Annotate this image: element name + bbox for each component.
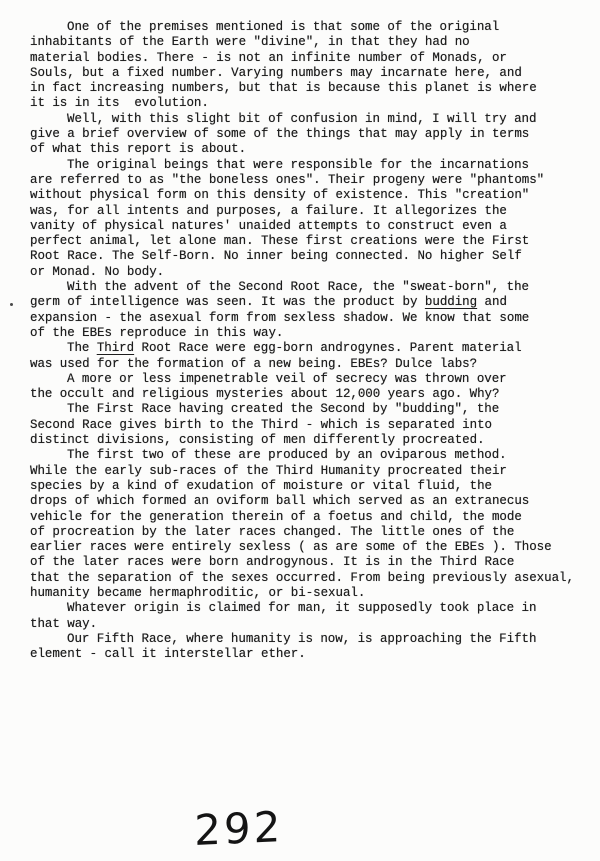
text-line: humanity became hermaphroditic, or bi-se…	[30, 586, 592, 601]
text-line: Our Fifth Race, where humanity is now, i…	[30, 632, 592, 647]
text-line: germ of intelligence was seen. It was th…	[30, 295, 592, 310]
paragraph: With the advent of the Second Root Race,…	[30, 280, 592, 341]
scanned-page: One of the premises mentioned is that so…	[0, 0, 600, 861]
text-line: While the early sub-races of the Third H…	[30, 464, 592, 479]
text-line: The First Race having created the Second…	[30, 402, 592, 417]
paragraph: Well, with this slight bit of confusion …	[30, 112, 592, 158]
text-line: was, for all intents and purposes, a fai…	[30, 204, 592, 219]
text-line: was used for the formation of a new bein…	[30, 357, 592, 372]
text-line: One of the premises mentioned is that so…	[30, 20, 592, 35]
text-line: A more or less impenetrable veil of secr…	[30, 372, 592, 387]
text-line: it is in its evolution.	[30, 96, 592, 111]
text-line: that way.	[30, 617, 592, 632]
text-line: Whatever origin is claimed for man, it s…	[30, 601, 592, 616]
text-line: in fact increasing numbers, but that is …	[30, 81, 592, 96]
handwritten-page-number: 292	[194, 802, 284, 855]
paragraph: The Third Root Race were egg-born androg…	[30, 341, 592, 372]
text-line: Second Race gives birth to the Third - w…	[30, 418, 592, 433]
paragraph: The original beings that were responsibl…	[30, 158, 592, 280]
text-line: distinct divisions, consisting of men di…	[30, 433, 592, 448]
text-line: The original beings that were responsibl…	[30, 158, 592, 173]
text-line: give a brief overview of some of the thi…	[30, 127, 592, 142]
text-line: inhabitants of the Earth were "divine", …	[30, 35, 592, 50]
paragraph: Whatever origin is claimed for man, it s…	[30, 601, 592, 632]
text-line: of what this report is about.	[30, 142, 592, 157]
text-line: of procreation by the later races change…	[30, 525, 592, 540]
paragraph: One of the premises mentioned is that so…	[30, 20, 592, 112]
text-line: drops of which formed an oviform ball wh…	[30, 494, 592, 509]
paragraph: The first two of these are produced by a…	[30, 448, 592, 601]
text-line: vehicle for the generation therein of a …	[30, 510, 592, 525]
text-line: element - call it interstellar ether.	[30, 647, 592, 662]
text-line: With the advent of the Second Root Race,…	[30, 280, 592, 295]
text-line: Well, with this slight bit of confusion …	[30, 112, 592, 127]
paragraph: The First Race having created the Second…	[30, 402, 592, 448]
stray-mark	[10, 303, 13, 306]
text-line: Root Race. The Self-Born. No inner being…	[30, 249, 592, 264]
text-line: Souls, but a fixed number. Varying numbe…	[30, 66, 592, 81]
text-line: of the EBEs reproduce in this way.	[30, 326, 592, 341]
paragraph: Our Fifth Race, where humanity is now, i…	[30, 632, 592, 663]
text-line: material bodies. There - is not an infin…	[30, 51, 592, 66]
text-line: without physical form on this density of…	[30, 188, 592, 203]
paragraph: A more or less impenetrable veil of secr…	[30, 372, 592, 403]
text-line: species by a kind of exudation of moistu…	[30, 479, 592, 494]
text-line: that the separation of the sexes occurre…	[30, 571, 592, 586]
text-line: perfect animal, let alone man. These fir…	[30, 234, 592, 249]
text-line: of the later races were born androgynous…	[30, 555, 592, 570]
text-line: the occult and religious mysteries about…	[30, 387, 592, 402]
document-text: One of the premises mentioned is that so…	[30, 20, 592, 662]
text-line: expansion - the asexual form from sexles…	[30, 311, 592, 326]
text-line: vanity of physical natures' unaided atte…	[30, 219, 592, 234]
text-line: The first two of these are produced by a…	[30, 448, 592, 463]
text-line: earlier races were entirely sexless ( as…	[30, 540, 592, 555]
text-line: or Monad. No body.	[30, 265, 592, 280]
text-line: The Third Root Race were egg-born androg…	[30, 341, 592, 356]
text-line: are referred to as "the boneless ones". …	[30, 173, 592, 188]
